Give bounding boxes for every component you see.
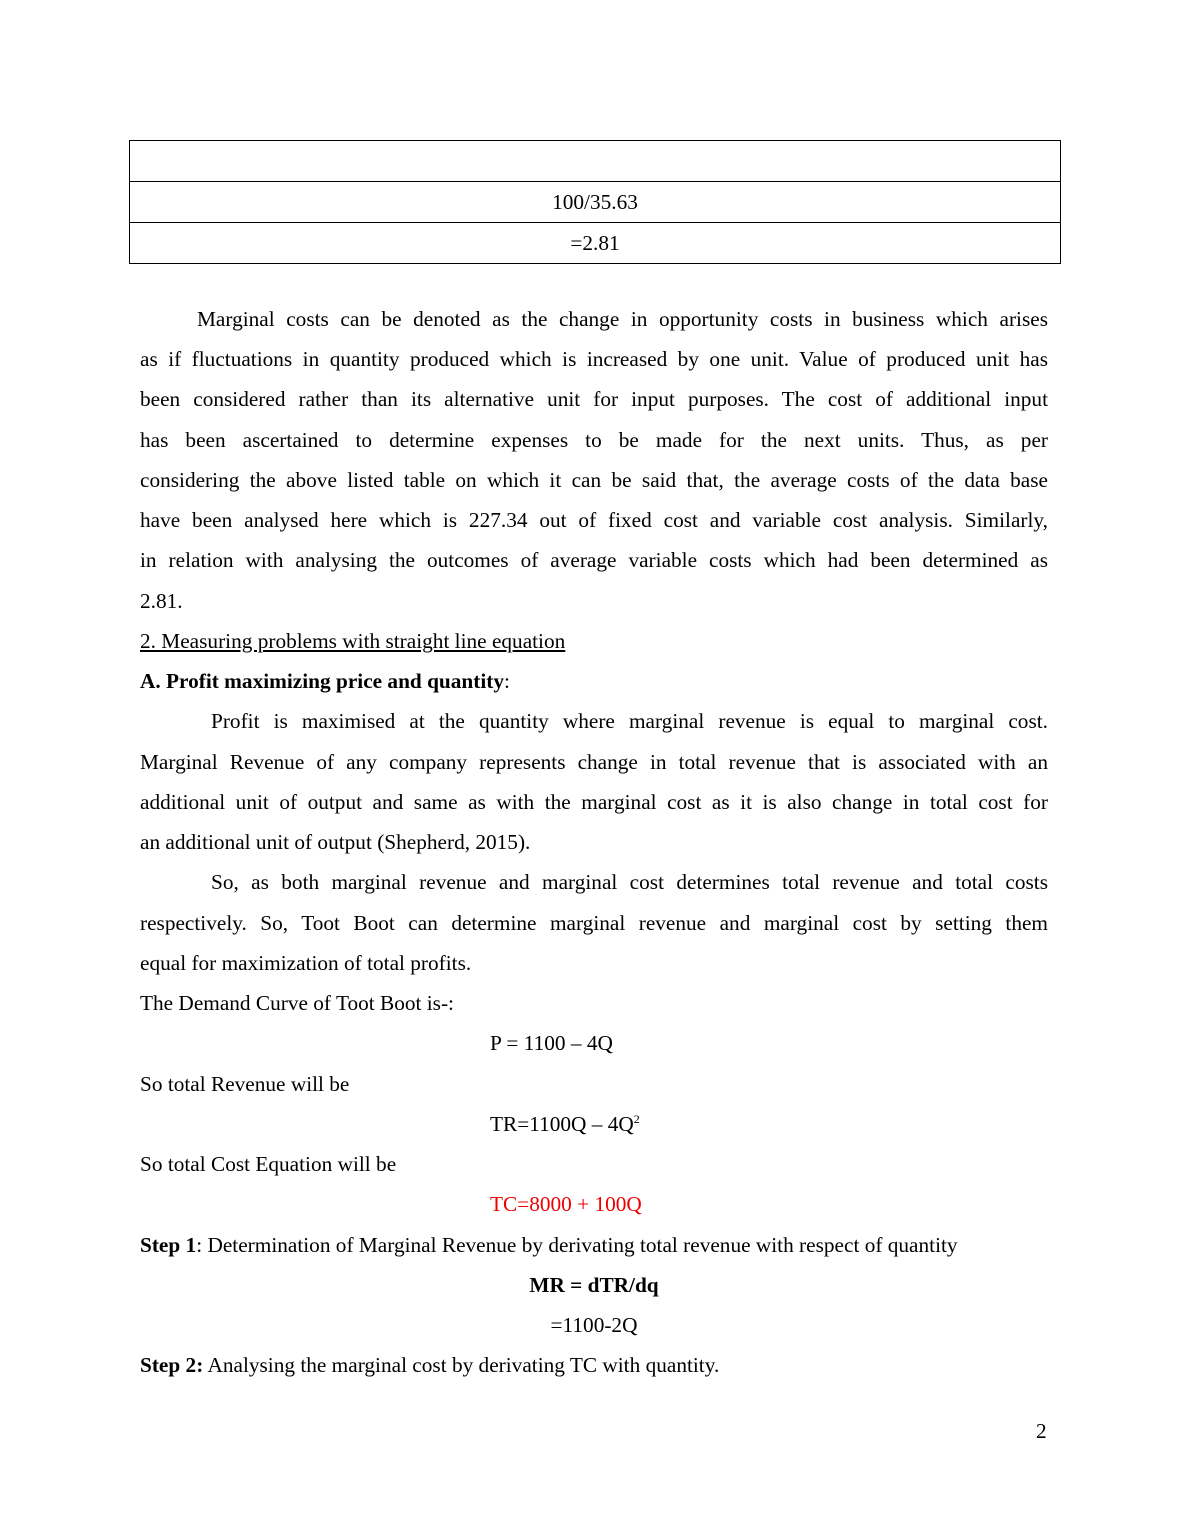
step-1: Step 1: Determination of Marginal Revenu…: [140, 1233, 1048, 1257]
text-line: So, as both marginal revenue and margina…: [140, 870, 1048, 894]
page-number: 2: [1036, 1419, 1047, 1443]
revenue-equation-exponent: 2: [634, 1112, 640, 1126]
step-1-label: Step 1: [140, 1233, 196, 1257]
text-line: equal for maximization of total profits.: [140, 951, 1048, 975]
text-line: 2.81.: [140, 589, 1048, 613]
subheading-colon: :: [504, 669, 510, 693]
mr-result: =1100-2Q: [140, 1313, 1048, 1337]
text-line: Profit is maximised at the quantity wher…: [140, 709, 1048, 733]
mr-formula: MR = dTR/dq: [140, 1273, 1048, 1297]
section-heading-text: 2. Measuring problems with straight line…: [140, 629, 565, 653]
step-2: Step 2: Analysing the marginal cost by d…: [140, 1353, 1048, 1377]
step-2-label: Step 2:: [140, 1353, 203, 1377]
demand-equation: P = 1100 – 4Q: [490, 1031, 613, 1055]
text-line: been considered rather than its alternat…: [140, 387, 1048, 411]
text-line: as if fluctuations in quantity produced …: [140, 347, 1048, 371]
subheading: A. Profit maximizing price and quantity:: [140, 669, 1048, 693]
text-line: considering the above listed table on wh…: [140, 468, 1048, 492]
section-heading: 2. Measuring problems with straight line…: [140, 629, 1048, 653]
step-1-text: : Determination of Marginal Revenue by d…: [196, 1233, 957, 1257]
calculation-table: 100/35.63 =2.81: [129, 140, 1061, 264]
text-line: additional unit of output and same as wi…: [140, 790, 1048, 814]
table-cell-empty: [130, 141, 1061, 182]
text-line: respectively. So, Toot Boot can determin…: [140, 911, 1048, 935]
step-2-text: Analysing the marginal cost by derivatin…: [203, 1353, 719, 1377]
revenue-label: So total Revenue will be: [140, 1072, 1048, 1096]
subheading-bold: A. Profit maximizing price and quantity: [140, 669, 504, 693]
text-line: Marginal costs can be denoted as the cha…: [140, 307, 1048, 331]
revenue-equation-base: TR=1100Q – 4Q: [490, 1112, 634, 1136]
text-line: an additional unit of output (Shepherd, …: [140, 830, 1048, 854]
revenue-equation: TR=1100Q – 4Q2: [490, 1112, 640, 1136]
table-cell-division: 100/35.63: [130, 182, 1061, 223]
text-line: have been analysed here which is 227.34 …: [140, 508, 1048, 532]
text-line: in relation with analysing the outcomes …: [140, 548, 1048, 572]
demand-label: The Demand Curve of Toot Boot is-:: [140, 991, 1048, 1015]
text-line: has been ascertained to determine expens…: [140, 428, 1048, 452]
cost-label: So total Cost Equation will be: [140, 1152, 1048, 1176]
cost-equation: TC=8000 + 100Q: [490, 1192, 642, 1216]
text-line: Marginal Revenue of any company represen…: [140, 750, 1048, 774]
table-cell-result: =2.81: [130, 223, 1061, 264]
